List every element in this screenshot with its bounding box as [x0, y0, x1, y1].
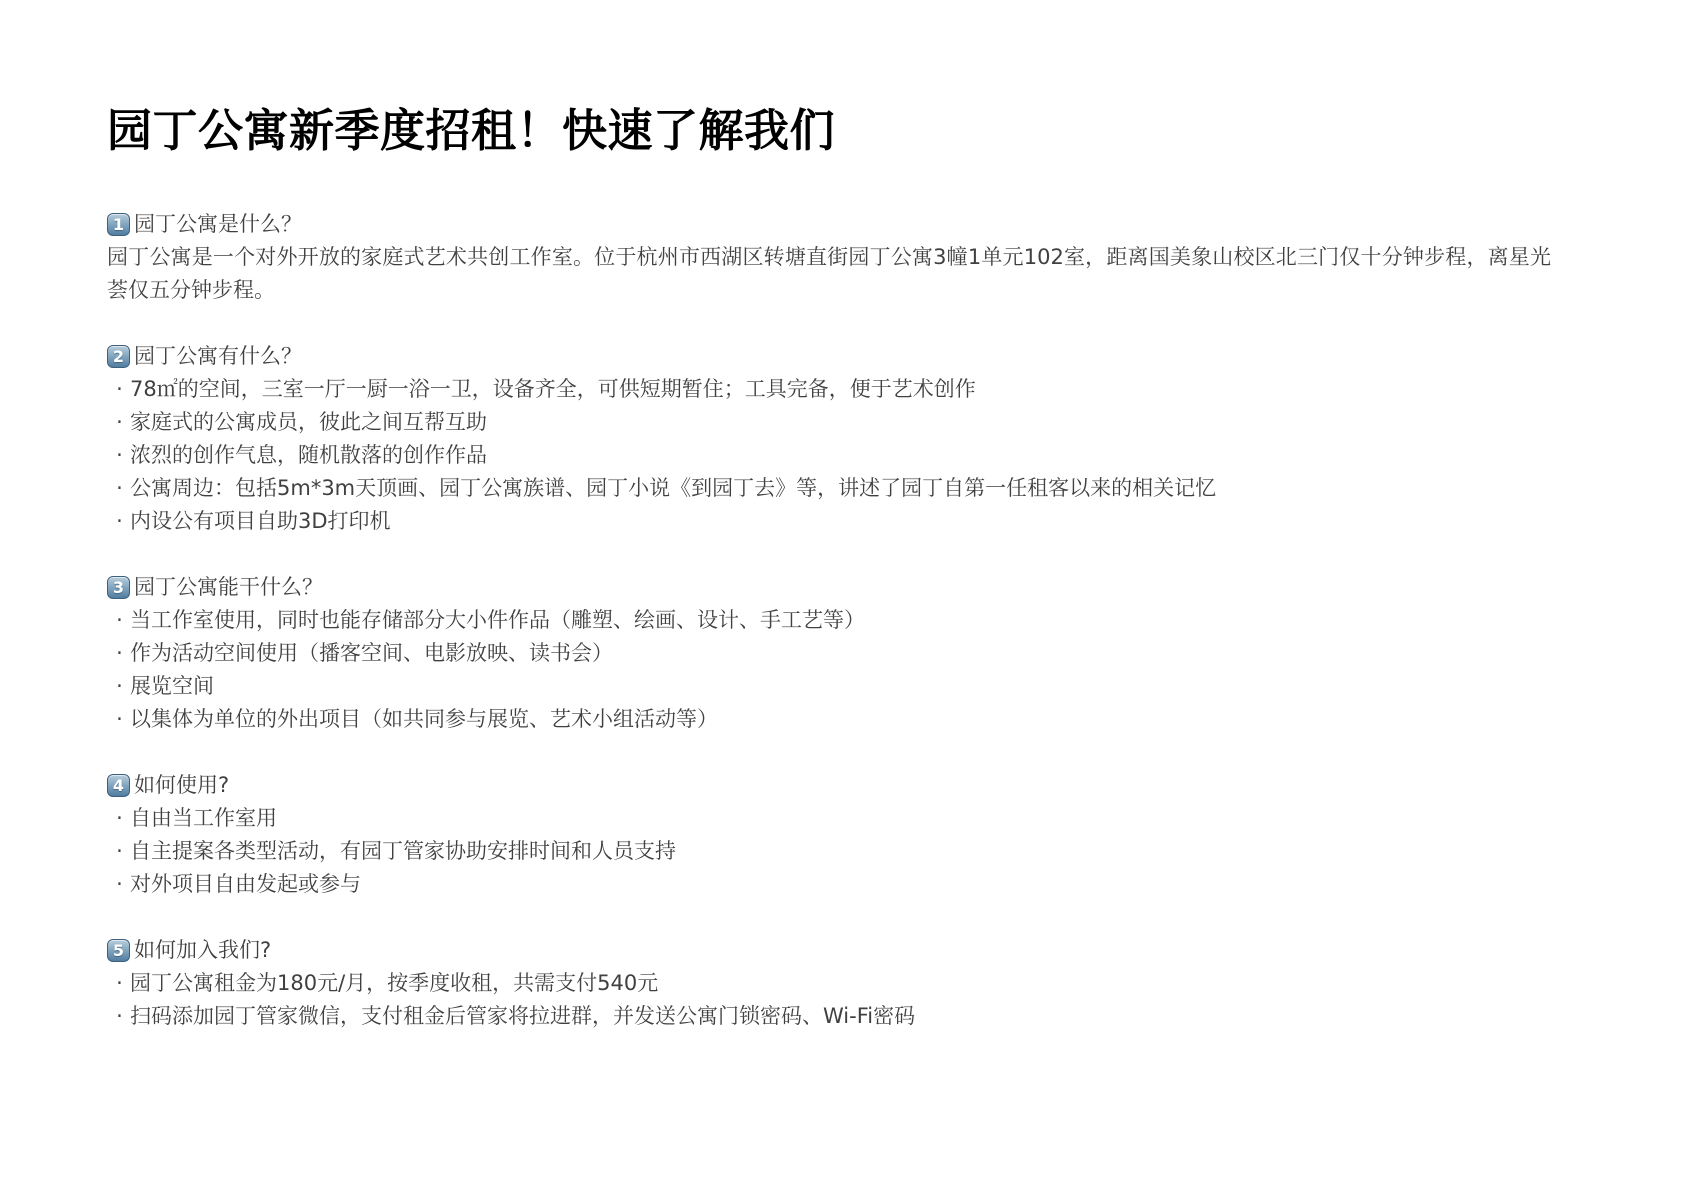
bullet-text: 当工作室使用，同时也能存储部分大小件作品（雕塑、绘画、设计、手工艺等） [130, 604, 1551, 637]
bullet-item: · 家庭式的公寓成员，彼此之间互帮互助 [107, 406, 1551, 439]
section-heading: 园丁公寓有什么？ [134, 340, 302, 373]
bullet-dot: · [109, 406, 130, 439]
bullet-dot: · [109, 670, 130, 703]
section-heading-line: 1 园丁公寓是什么？ [107, 208, 1551, 241]
bullet-text: 78㎡的空间，三室一厅一厨一浴一卫，设备齐全，可供短期暂住；工具完备，便于艺术创… [130, 373, 1551, 406]
bullet-item: · 扫码添加园丁管家微信，支付租金后管家将拉进群，并发送公寓门锁密码、Wi-Fi… [107, 1000, 1551, 1033]
bullet-item: · 公寓周边：包括5m*3m天顶画、园丁公寓族谱、园丁小说《到园丁去》等，讲述了… [107, 472, 1551, 505]
section-heading: 园丁公寓能干什么？ [134, 571, 323, 604]
intro-paragraph: 园丁公寓是一个对外开放的家庭式艺术共创工作室。位于杭州市西湖区转塘直街园丁公寓3… [107, 241, 1551, 307]
bullet-item: · 78㎡的空间，三室一厅一厨一浴一卫，设备齐全，可供短期暂住；工具完备，便于艺… [107, 373, 1551, 406]
page-title: 园丁公寓新季度招租！快速了解我们 [107, 100, 1551, 162]
section-heading: 如何加入我们? [134, 934, 271, 967]
section-what-is-it: 1 园丁公寓是什么？ 园丁公寓是一个对外开放的家庭式艺术共创工作室。位于杭州市西… [107, 208, 1551, 307]
bullet-text: 公寓周边：包括5m*3m天顶画、园丁公寓族谱、园丁小说《到园丁去》等，讲述了园丁… [130, 472, 1551, 505]
bullet-dot: · [109, 373, 130, 406]
keycap-3-icon: 3 [107, 576, 130, 599]
bullet-text: 浓烈的创作气息，随机散落的创作作品 [130, 439, 1551, 472]
section-heading-line: 2 园丁公寓有什么？ [107, 340, 1551, 373]
keycap-5-icon: 5 [107, 939, 130, 962]
bullet-dot: · [109, 802, 130, 835]
bullet-item: · 浓烈的创作气息，随机散落的创作作品 [107, 439, 1551, 472]
bullet-text: 以集体为单位的外出项目（如共同参与展览、艺术小组活动等） [130, 703, 1551, 736]
bullet-text: 自主提案各类型活动，有园丁管家协助安排时间和人员支持 [130, 835, 1551, 868]
bullet-dot: · [109, 967, 130, 1000]
section-how-to-join: 5 如何加入我们? · 园丁公寓租金为180元/月，按季度收租，共需支付540元… [107, 934, 1551, 1033]
bullet-item: · 作为活动空间使用（播客空间、电影放映、读书会） [107, 637, 1551, 670]
keycap-2-icon: 2 [107, 345, 130, 368]
bullet-dot: · [109, 1000, 130, 1033]
bullet-text: 作为活动空间使用（播客空间、电影放映、读书会） [130, 637, 1551, 670]
bullet-dot: · [109, 505, 130, 538]
bullet-dot: · [109, 835, 130, 868]
section-heading-line: 4 如何使用? [107, 769, 1551, 802]
section-heading-line: 3 园丁公寓能干什么？ [107, 571, 1551, 604]
bullet-list: · 园丁公寓租金为180元/月，按季度收租，共需支付540元 · 扫码添加园丁管… [107, 967, 1551, 1033]
section-what-it-can-do: 3 园丁公寓能干什么？ · 当工作室使用，同时也能存储部分大小件作品（雕塑、绘画… [107, 571, 1551, 736]
bullet-dot: · [109, 604, 130, 637]
keycap-4-icon: 4 [107, 774, 130, 797]
bullet-list: · 自由当工作室用 · 自主提案各类型活动，有园丁管家协助安排时间和人员支持 ·… [107, 802, 1551, 901]
bullet-text: 自由当工作室用 [130, 802, 1551, 835]
section-heading: 如何使用? [134, 769, 229, 802]
bullet-item: · 园丁公寓租金为180元/月，按季度收租，共需支付540元 [107, 967, 1551, 1000]
bullet-dot: · [109, 868, 130, 901]
bullet-dot: · [109, 472, 130, 505]
section-heading: 园丁公寓是什么？ [134, 208, 302, 241]
bullet-list: · 当工作室使用，同时也能存储部分大小件作品（雕塑、绘画、设计、手工艺等） · … [107, 604, 1551, 736]
bullet-dot: · [109, 637, 130, 670]
bullet-item: · 以集体为单位的外出项目（如共同参与展览、艺术小组活动等） [107, 703, 1551, 736]
bullet-item: · 当工作室使用，同时也能存储部分大小件作品（雕塑、绘画、设计、手工艺等） [107, 604, 1551, 637]
bullet-text: 扫码添加园丁管家微信，支付租金后管家将拉进群，并发送公寓门锁密码、Wi-Fi密码 [130, 1000, 1551, 1033]
document-page: 园丁公寓新季度招租！快速了解我们 1 园丁公寓是什么？ 园丁公寓是一个对外开放的… [0, 0, 1684, 1190]
bullet-dot: · [109, 703, 130, 736]
bullet-item: · 内设公有项目自助3D打印机 [107, 505, 1551, 538]
bullet-text: 园丁公寓租金为180元/月，按季度收租，共需支付540元 [130, 967, 1551, 1000]
bullet-text: 内设公有项目自助3D打印机 [130, 505, 1551, 538]
bullet-item: · 展览空间 [107, 670, 1551, 703]
bullet-item: · 自由当工作室用 [107, 802, 1551, 835]
bullet-dot: · [109, 439, 130, 472]
bullet-item: · 自主提案各类型活动，有园丁管家协助安排时间和人员支持 [107, 835, 1551, 868]
section-how-to-use: 4 如何使用? · 自由当工作室用 · 自主提案各类型活动，有园丁管家协助安排时… [107, 769, 1551, 901]
keycap-1-icon: 1 [107, 213, 130, 236]
bullet-list: · 78㎡的空间，三室一厅一厨一浴一卫，设备齐全，可供短期暂住；工具完备，便于艺… [107, 373, 1551, 538]
section-what-it-has: 2 园丁公寓有什么？ · 78㎡的空间，三室一厅一厨一浴一卫，设备齐全，可供短期… [107, 340, 1551, 538]
bullet-text: 展览空间 [130, 670, 1551, 703]
bullet-item: · 对外项目自由发起或参与 [107, 868, 1551, 901]
bullet-text: 家庭式的公寓成员，彼此之间互帮互助 [130, 406, 1551, 439]
bullet-text: 对外项目自由发起或参与 [130, 868, 1551, 901]
section-heading-line: 5 如何加入我们? [107, 934, 1551, 967]
